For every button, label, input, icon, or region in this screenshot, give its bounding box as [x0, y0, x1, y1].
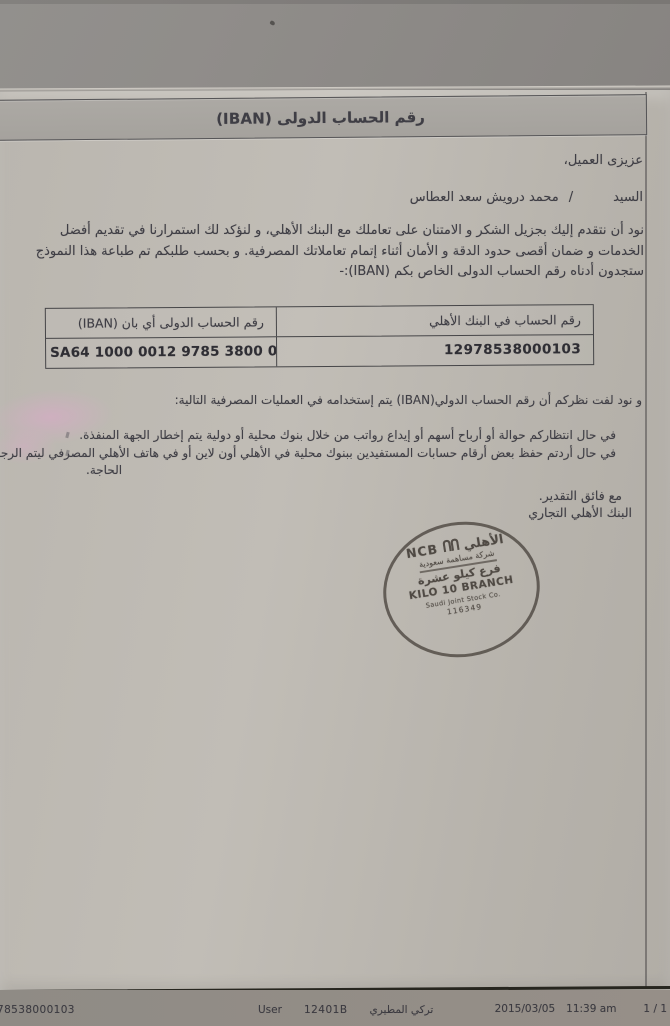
intro-line: ستجدون أدناه رقم الحساب الدولى الخاص بكم…	[36, 262, 644, 283]
bullet-item: في حال انتظاركم حوالة أو أرباح أسهم أو إ…	[79, 428, 616, 442]
footer-user-name: تركي المطيري	[370, 1004, 434, 1016]
paper-right-border-line	[645, 92, 647, 989]
account-column-header: رقم الحساب في البنك الأهلي	[276, 305, 593, 336]
intro-line: الخدمات و ضمان أقصى حدود الدقة و الأمان …	[36, 242, 644, 263]
iban-usage-note: و نود لفت نظركم أن رقم الحساب الدولي(IBA…	[175, 393, 642, 407]
iban-column-header: رقم الحساب الدولى أي بان (IBAN)	[46, 307, 276, 338]
footer-time: 11:39 am	[566, 1003, 616, 1015]
addressee-line: السيد / محمد درويش سعد العطاس	[410, 190, 643, 205]
footer-user-label: User	[258, 1004, 282, 1016]
intro-line: نود أن نتقدم إليك بجزيل الشكر و الامتنان…	[36, 221, 644, 242]
scanned-document-photo: رقم الحساب الدولى (IBAN) عزيزى العميل، ا…	[0, 0, 670, 1026]
document-title-bar: رقم الحساب الدولى (IBAN)	[0, 94, 647, 141]
footer-page-indicator: 1 / 1	[643, 1003, 667, 1015]
closing-regards: مع فائق التقدير.	[528, 487, 632, 504]
greeting-text: عزيزى العميل،	[564, 153, 643, 168]
closing-bank-name: البنك الأهلي التجاري	[528, 504, 632, 521]
closing-block: مع فائق التقدير. البنك الأهلي التجاري	[528, 487, 632, 521]
footer-user-id: 12401B	[304, 1004, 348, 1016]
addressee-separator: /	[569, 190, 573, 205]
footer-datetime-group: 2015/03/05 11:39 am 1 / 1	[495, 1003, 667, 1015]
account-number-value: 12978538000103	[276, 334, 593, 366]
addressee-name: محمد درويش سعد العطاس	[410, 190, 559, 205]
intro-paragraph: نود أن نتقدم إليك بجزيل الشكر و الامتنان…	[36, 221, 644, 283]
iban-value: SA64 1000 0012 9785 3800 0103	[46, 336, 276, 368]
account-table: رقم الحساب الدولى أي بان (IBAN) رقم الحس…	[45, 304, 594, 369]
addressee-title: السيد	[613, 190, 643, 205]
scanner-background-top	[0, 0, 670, 90]
stamp-brand-ar: الأهلي	[462, 531, 504, 552]
bullet-item-continuation: الحاجة.	[86, 463, 122, 477]
document-title: رقم الحساب الدولى (IBAN)	[216, 108, 425, 128]
ncb-arch-logo-icon	[442, 538, 460, 555]
footer-document-number: 78538000103	[0, 1004, 75, 1016]
footer-date: 2015/03/05	[495, 1003, 556, 1015]
bullet-item: في حال أردتم حفظ بعض أرقام حسابات المستف…	[0, 446, 616, 460]
footer-user-group: User 12401B تركي المطيري	[258, 1004, 433, 1016]
